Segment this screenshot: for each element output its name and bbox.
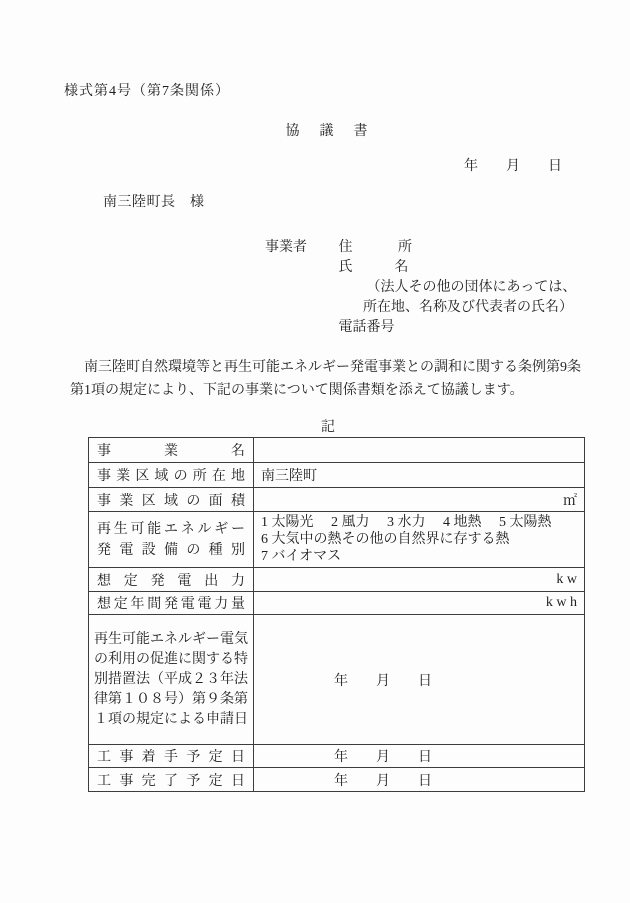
row-value-output-unit: k w <box>254 568 585 592</box>
table-row-project-name: 事業名 <box>89 438 585 463</box>
document-title: 協 議 書 <box>70 120 586 140</box>
document-page: 様式第4号（第7条関係） 協 議 書 年 月 日 南三陸町長 様 事業者 住 所… <box>0 0 630 903</box>
table-row-construction-end-date: 工事完了予定日 年 月 日 <box>89 768 585 792</box>
date-line: 年 月 日 <box>70 155 586 175</box>
row-value-equipment-type: 1 太陽光 2 風力 3 水力 4 地熱 5 太陽熱 6 大気中の熱その他の自然… <box>254 512 585 568</box>
row-label-construction-start-date: 工事着手予定日 <box>89 745 254 768</box>
table-row-fit-application-date: 再生可能エネルギー電気 の利用の促進に関する特 別措置法（平成２３年法 律第１０… <box>89 615 585 745</box>
consultation-form-table: 事業名 事業区域の所在地 南三陸町 事業区域の面積 ㎡ 再生可能エネルギー 発電… <box>88 437 585 792</box>
fit-label-line-1: 再生可能エネルギー電気 <box>94 630 248 650</box>
equipment-type-options-line-1: 1 太陽光 2 風力 3 水力 4 地熱 5 太陽熱 <box>261 514 577 531</box>
row-label-area-size: 事業区域の面積 <box>89 488 254 512</box>
row-value-construction-end-date: 年 月 日 <box>254 768 585 792</box>
applicant-note-line-1: （法人その他の団体にあっては、 <box>265 278 576 298</box>
applicant-block: 事業者 住 所 氏 名 （法人その他の団体にあっては、 所在地、名称及び代表者の… <box>265 238 576 338</box>
table-row-output: 想定発電出力 k w <box>89 568 585 592</box>
body-paragraph-line-2: 第1項の規定により、下記の事業について関係書類を添えて協議します。 <box>70 379 586 402</box>
row-value-area-size-unit: ㎡ <box>254 488 585 512</box>
body-paragraph-line-1: 南三陸町自然環境等と再生可能エネルギー発電事業との調和に関する条例第9条 <box>70 356 586 379</box>
fit-label-line-5: １項の規定による申請日 <box>94 710 248 730</box>
table-row-area-size: 事業区域の面積 ㎡ <box>89 488 585 512</box>
body-paragraph: 南三陸町自然環境等と再生可能エネルギー発電事業との調和に関する条例第9条 第1項… <box>70 356 586 402</box>
addressee: 南三陸町長 様 <box>103 191 205 211</box>
row-value-fit-application-date: 年 月 日 <box>254 615 585 745</box>
table-row-equipment-type: 再生可能エネルギー 発電設備の種別 1 太陽光 2 風力 3 水力 4 地熱 5… <box>89 512 585 568</box>
fit-label-line-2: の利用の促進に関する特 <box>94 650 248 670</box>
row-label-project-name: 事業名 <box>89 438 254 463</box>
equipment-type-options-line-3: 7 バイオマス <box>261 548 577 565</box>
row-label-output: 想定発電出力 <box>89 568 254 592</box>
table-row-area-location: 事業区域の所在地 南三陸町 <box>89 463 585 488</box>
row-value-project-name <box>254 438 585 463</box>
row-value-annual-energy-unit: k w h <box>254 592 585 615</box>
table-row-construction-start-date: 工事着手予定日 年 月 日 <box>89 745 585 768</box>
row-label-construction-end-date: 工事完了予定日 <box>89 768 254 792</box>
row-label-equipment-type: 再生可能エネルギー 発電設備の種別 <box>89 512 254 568</box>
applicant-address-line: 事業者 住 所 <box>265 238 576 258</box>
form-number: 様式第4号（第7条関係） <box>64 80 230 100</box>
applicant-note-line-2: 所在地、名称及び代表者の氏名） <box>265 298 576 318</box>
row-value-construction-start-date: 年 月 日 <box>254 745 585 768</box>
applicant-name-line: 氏 名 <box>265 258 576 278</box>
row-label-equipment-type-line-1: 再生可能エネルギー <box>97 519 245 540</box>
fit-label-line-4: 律第１０８号）第９条第 <box>94 690 248 710</box>
row-label-area-location: 事業区域の所在地 <box>89 463 254 488</box>
list-marker-ki: 記 <box>70 416 586 436</box>
row-label-annual-energy: 想定年間発電電力量 <box>89 592 254 615</box>
applicant-phone-line: 電話番号 <box>265 318 576 338</box>
row-value-area-location: 南三陸町 <box>254 463 585 488</box>
row-label-equipment-type-line-2: 発電設備の種別 <box>97 540 245 561</box>
row-label-fit-application-date: 再生可能エネルギー電気 の利用の促進に関する特 別措置法（平成２３年法 律第１０… <box>89 615 254 745</box>
table-row-annual-energy: 想定年間発電電力量 k w h <box>89 592 585 615</box>
equipment-type-options-line-2: 6 大気中の熱その他の自然界に存する熱 <box>261 531 577 548</box>
fit-label-line-3: 別措置法（平成２３年法 <box>94 670 248 690</box>
